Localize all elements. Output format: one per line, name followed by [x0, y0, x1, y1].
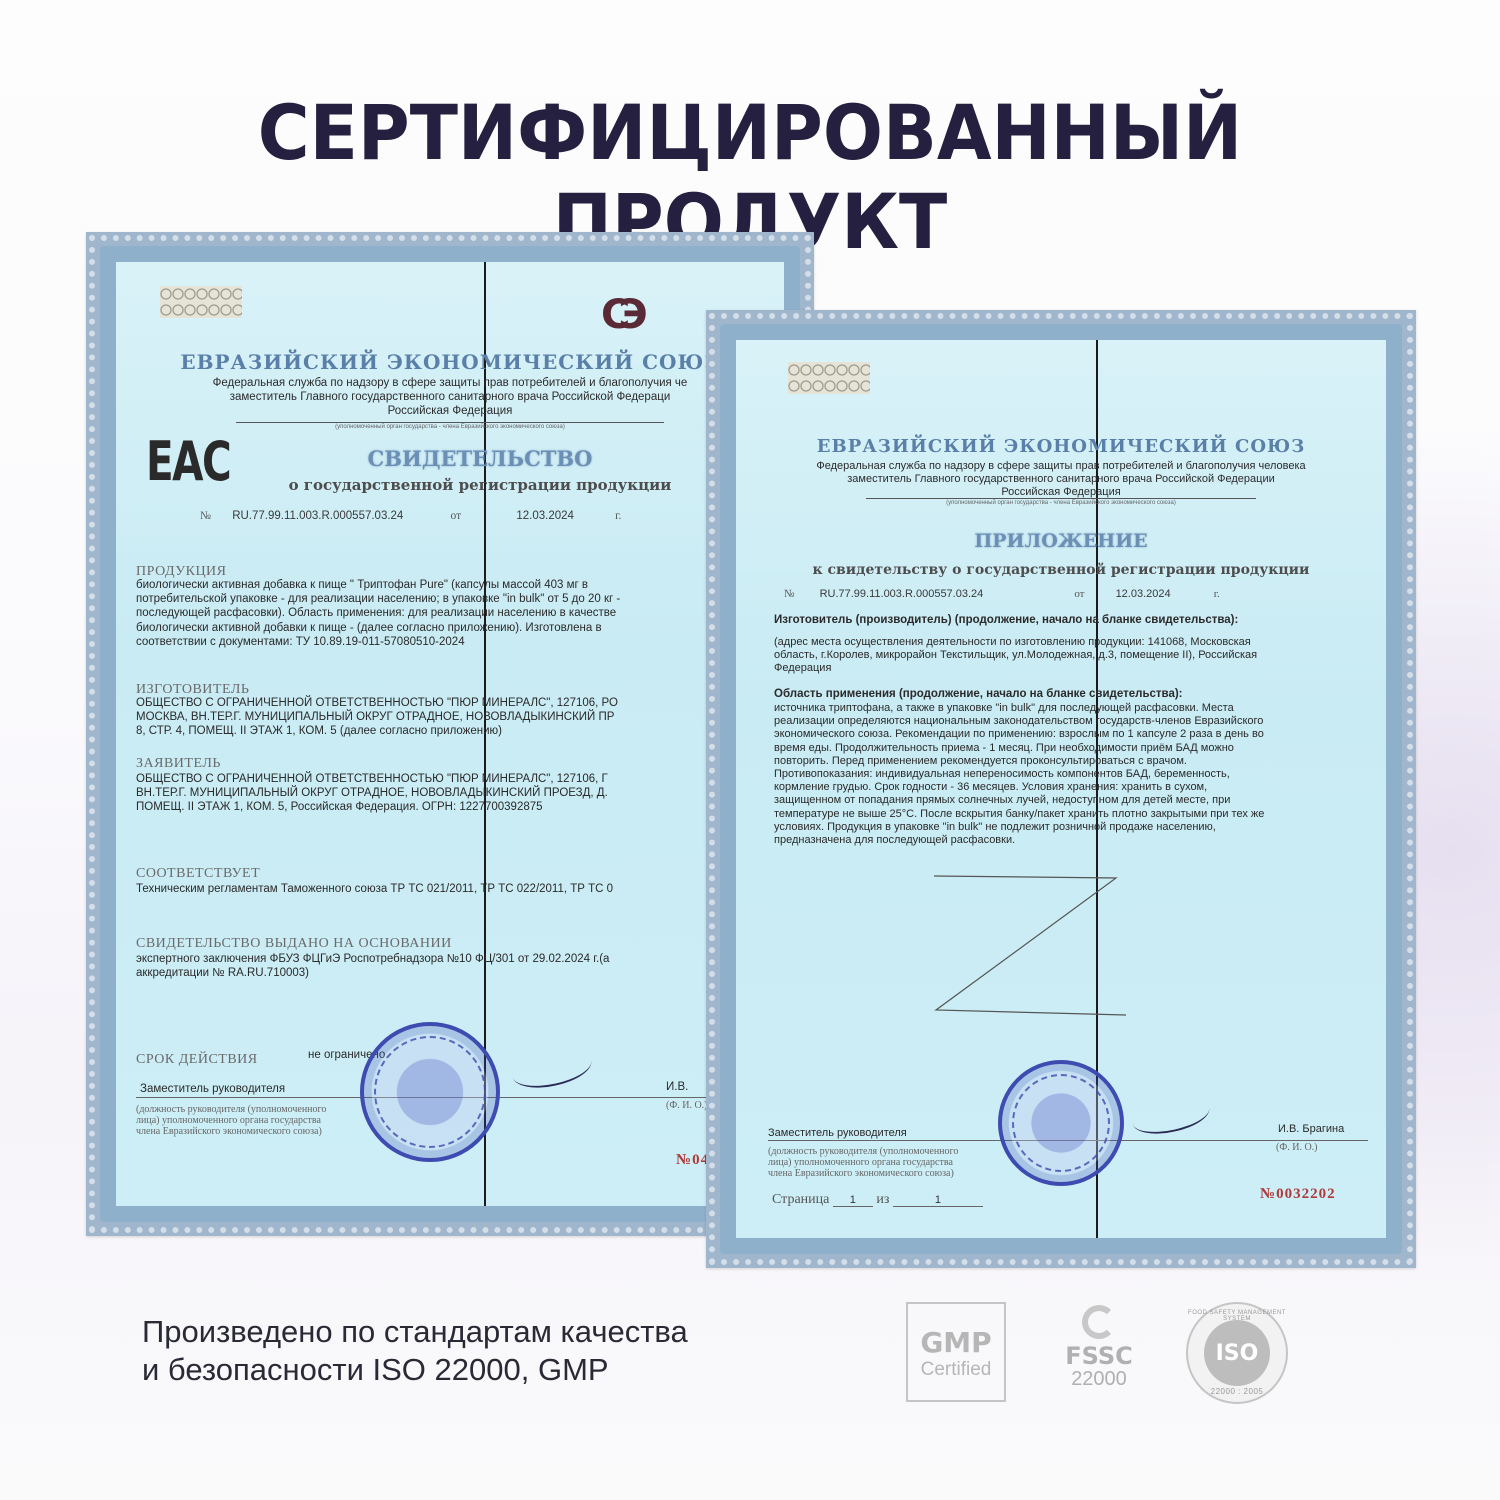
gmp-certified-badge: GMP Certified — [906, 1302, 1006, 1402]
hologram-icon — [788, 362, 870, 394]
se-mark-icon: СЭ — [601, 292, 636, 338]
registration-line: № RU.77.99.11.003.R.000557.03.24 от 12.0… — [200, 510, 621, 522]
iso-globe-icon: ISO — [1204, 1320, 1270, 1386]
page-total: 1 — [893, 1194, 983, 1207]
certificate-title: СВИДЕТЕЛЬСТВО — [176, 446, 784, 471]
appendix-title: ПРИЛОЖЕНИЕ — [736, 530, 1386, 552]
hologram-icon — [160, 286, 242, 318]
page-counter: Страница 1 из 1 — [772, 1192, 983, 1208]
registration-date: 12.03.2024 — [1116, 588, 1171, 600]
position-caption: (должность руководителя (уполномоченного… — [768, 1146, 958, 1179]
appendix-document: ЕВРАЗИЙСКИЙ ЭКОНОМИЧЕСКИЙ СОЮЗ Федеральн… — [706, 310, 1416, 1268]
fio-caption: (Ф. И. О.) — [1276, 1142, 1318, 1153]
signer-name: И.В. Брагина — [1278, 1122, 1344, 1136]
section-compliance-heading: СООТВЕТСТВУЕТ — [136, 866, 260, 882]
appendix-paper: ЕВРАЗИЙСКИЙ ЭКОНОМИЧЕСКИЙ СОЮЗ Федеральн… — [736, 340, 1386, 1238]
signer-role: Заместитель руководителя — [768, 1126, 907, 1140]
appendix-subtitle: к свидетельству о государственной регист… — [736, 562, 1386, 578]
signature-icon — [1130, 1092, 1213, 1140]
section-basis-heading: СВИДЕТЕЛЬСТВО ВЫДАНО НА ОСНОВАНИИ — [136, 936, 452, 952]
divider — [236, 422, 664, 423]
registration-number: RU.77.99.11.003.R.000557.03.24 — [232, 510, 403, 522]
union-title: ЕВРАЗИЙСКИЙ ЭКОНОМИЧЕСКИЙ СОЮЗ — [736, 436, 1386, 457]
certificate-paper: СЭ ЕВРАЗИЙСКИЙ ЭКОНОМИЧЕСКИЙ СОЮЗ Федера… — [116, 262, 784, 1206]
position-caption: (должность руководителя (уполномоченного… — [136, 1104, 326, 1137]
section-product-body: биологически активная добавка к пище " Т… — [136, 578, 620, 649]
agency-lines: Федеральная служба по надзору в сфере за… — [736, 460, 1386, 499]
official-stamp-icon — [360, 1022, 500, 1162]
scope-body: источника триптофана, а также в упаковке… — [774, 702, 1264, 847]
scope-heading: Область применения (продолжение, начало … — [774, 688, 1183, 700]
section-applicant-body: ОБЩЕСТВО С ОГРАНИЧЕННОЙ ОТВЕТСТВЕННОСТЬЮ… — [136, 772, 608, 815]
section-manufacturer-body: ОБЩЕСТВО С ОГРАНИЧЕННОЙ ОТВЕТСТВЕННОСТЬЮ… — [136, 696, 618, 739]
cross-out-mark-icon — [916, 870, 1146, 1020]
certificate-subtitle: о государственной регистрации продукции — [176, 476, 784, 494]
signature-icon — [509, 1044, 594, 1094]
validity-label: СРОК ДЕЙСТВИЯ — [136, 1052, 258, 1068]
agency-lines: Федеральная служба по надзору в сфере за… — [116, 376, 784, 418]
manufacturer-heading: Изготовитель (производитель) (продолжени… — [774, 614, 1238, 626]
divider — [866, 498, 1256, 499]
union-title: ЕВРАЗИЙСКИЙ ЭКОНОМИЧЕСКИЙ СОЮЗ — [116, 350, 784, 374]
quality-standards-text: Произведено по стандартам качества и без… — [142, 1313, 688, 1389]
fssc-22000-badge: FSSC 22000 — [1057, 1305, 1141, 1400]
registration-date: 12.03.2024 — [516, 510, 574, 522]
signer-role: Заместитель руководителя — [140, 1082, 285, 1096]
registration-number: RU.77.99.11.003.R.000557.03.24 — [820, 588, 984, 600]
section-compliance-body: Техническим регламентам Таможенного союз… — [136, 882, 613, 896]
registration-line: № RU.77.99.11.003.R.000557.03.24 от 12.0… — [784, 588, 1220, 600]
section-applicant-heading: ЗАЯВИТЕЛЬ — [136, 756, 221, 772]
certificate-document: СЭ ЕВРАЗИЙСКИЙ ЭКОНОМИЧЕСКИЙ СОЮЗ Федера… — [86, 232, 814, 1236]
official-stamp-icon — [998, 1060, 1124, 1186]
manufacturer-body: (адрес места осуществления деятельности … — [774, 636, 1257, 675]
fio-caption: (Ф. И. О.) — [666, 1100, 708, 1111]
fssc-ring-icon — [1082, 1305, 1116, 1339]
section-basis-body: экспертного заключения ФБУЗ ФЦГиЭ Роспот… — [136, 952, 609, 980]
rule-caption: (уполномоченный орган государства - член… — [736, 500, 1386, 506]
page-current: 1 — [833, 1194, 873, 1207]
iso-22000-badge: FOOD SAFETY MANAGEMENT SYSTEM ISO 22000 … — [1186, 1302, 1288, 1404]
appendix-serial: №0032202 — [1260, 1186, 1336, 1203]
signer-name: И.В. — [666, 1080, 688, 1094]
